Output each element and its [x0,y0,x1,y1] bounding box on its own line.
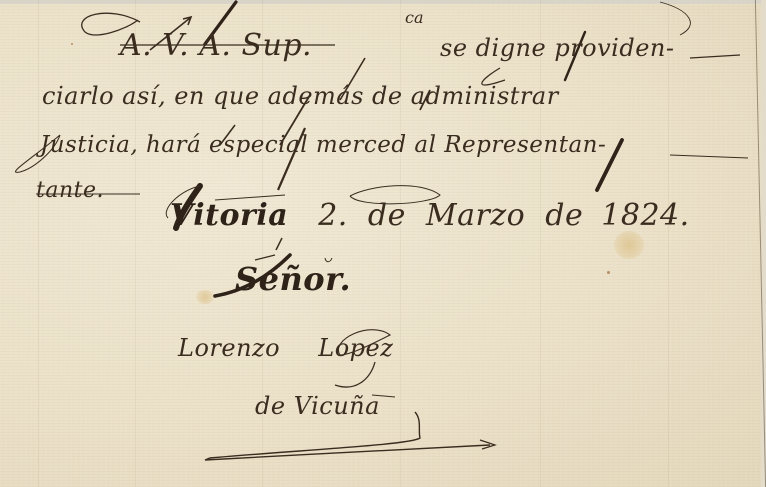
text-line-2: ciarlo así, en que además de administrar [42,82,559,110]
date-year: 1824. [601,198,689,233]
text-line-3: Justicia, hará especial merced al Repres… [40,132,606,158]
scan-top-border [0,0,766,4]
paper-chain-line [400,0,401,487]
date-day: 2. [318,198,348,233]
paper-stain [614,231,644,259]
date-de-1: de [368,198,406,233]
salutation-abbreviation: A. V. A. Sup. [120,28,312,63]
paper-chain-line [135,0,136,487]
text-line-1-continuation: se digne providen- [440,34,675,62]
ink-speck [71,43,73,45]
pen-flourishes [0,0,766,487]
salutation-senor: Señor. [235,260,351,298]
superscript-ca: ca [405,8,424,27]
text-line-1: A. V. A. Sup. [120,28,312,63]
date-place: Vitoria [170,198,288,233]
manuscript-page: A. V. A. Sup. ca se digne providen- ciar… [0,0,766,487]
text-line-4: tante. [36,178,104,203]
date-de-2: de [545,198,583,233]
signature-first-name: Lorenzo [178,334,280,362]
ink-speck [607,271,610,274]
signature-name: Lorenzo Lopez [178,334,393,362]
paper-chain-line [38,0,39,487]
paper-stain [196,290,214,304]
date-month: Marzo [426,198,525,233]
signature-last-name: Lopez [318,334,393,362]
date-line: Vitoria 2. de Marzo de 1824. [170,198,690,233]
paper-chain-line [540,0,541,487]
signature-place: de Vicuña [255,392,380,420]
paper-chain-line [668,0,669,487]
